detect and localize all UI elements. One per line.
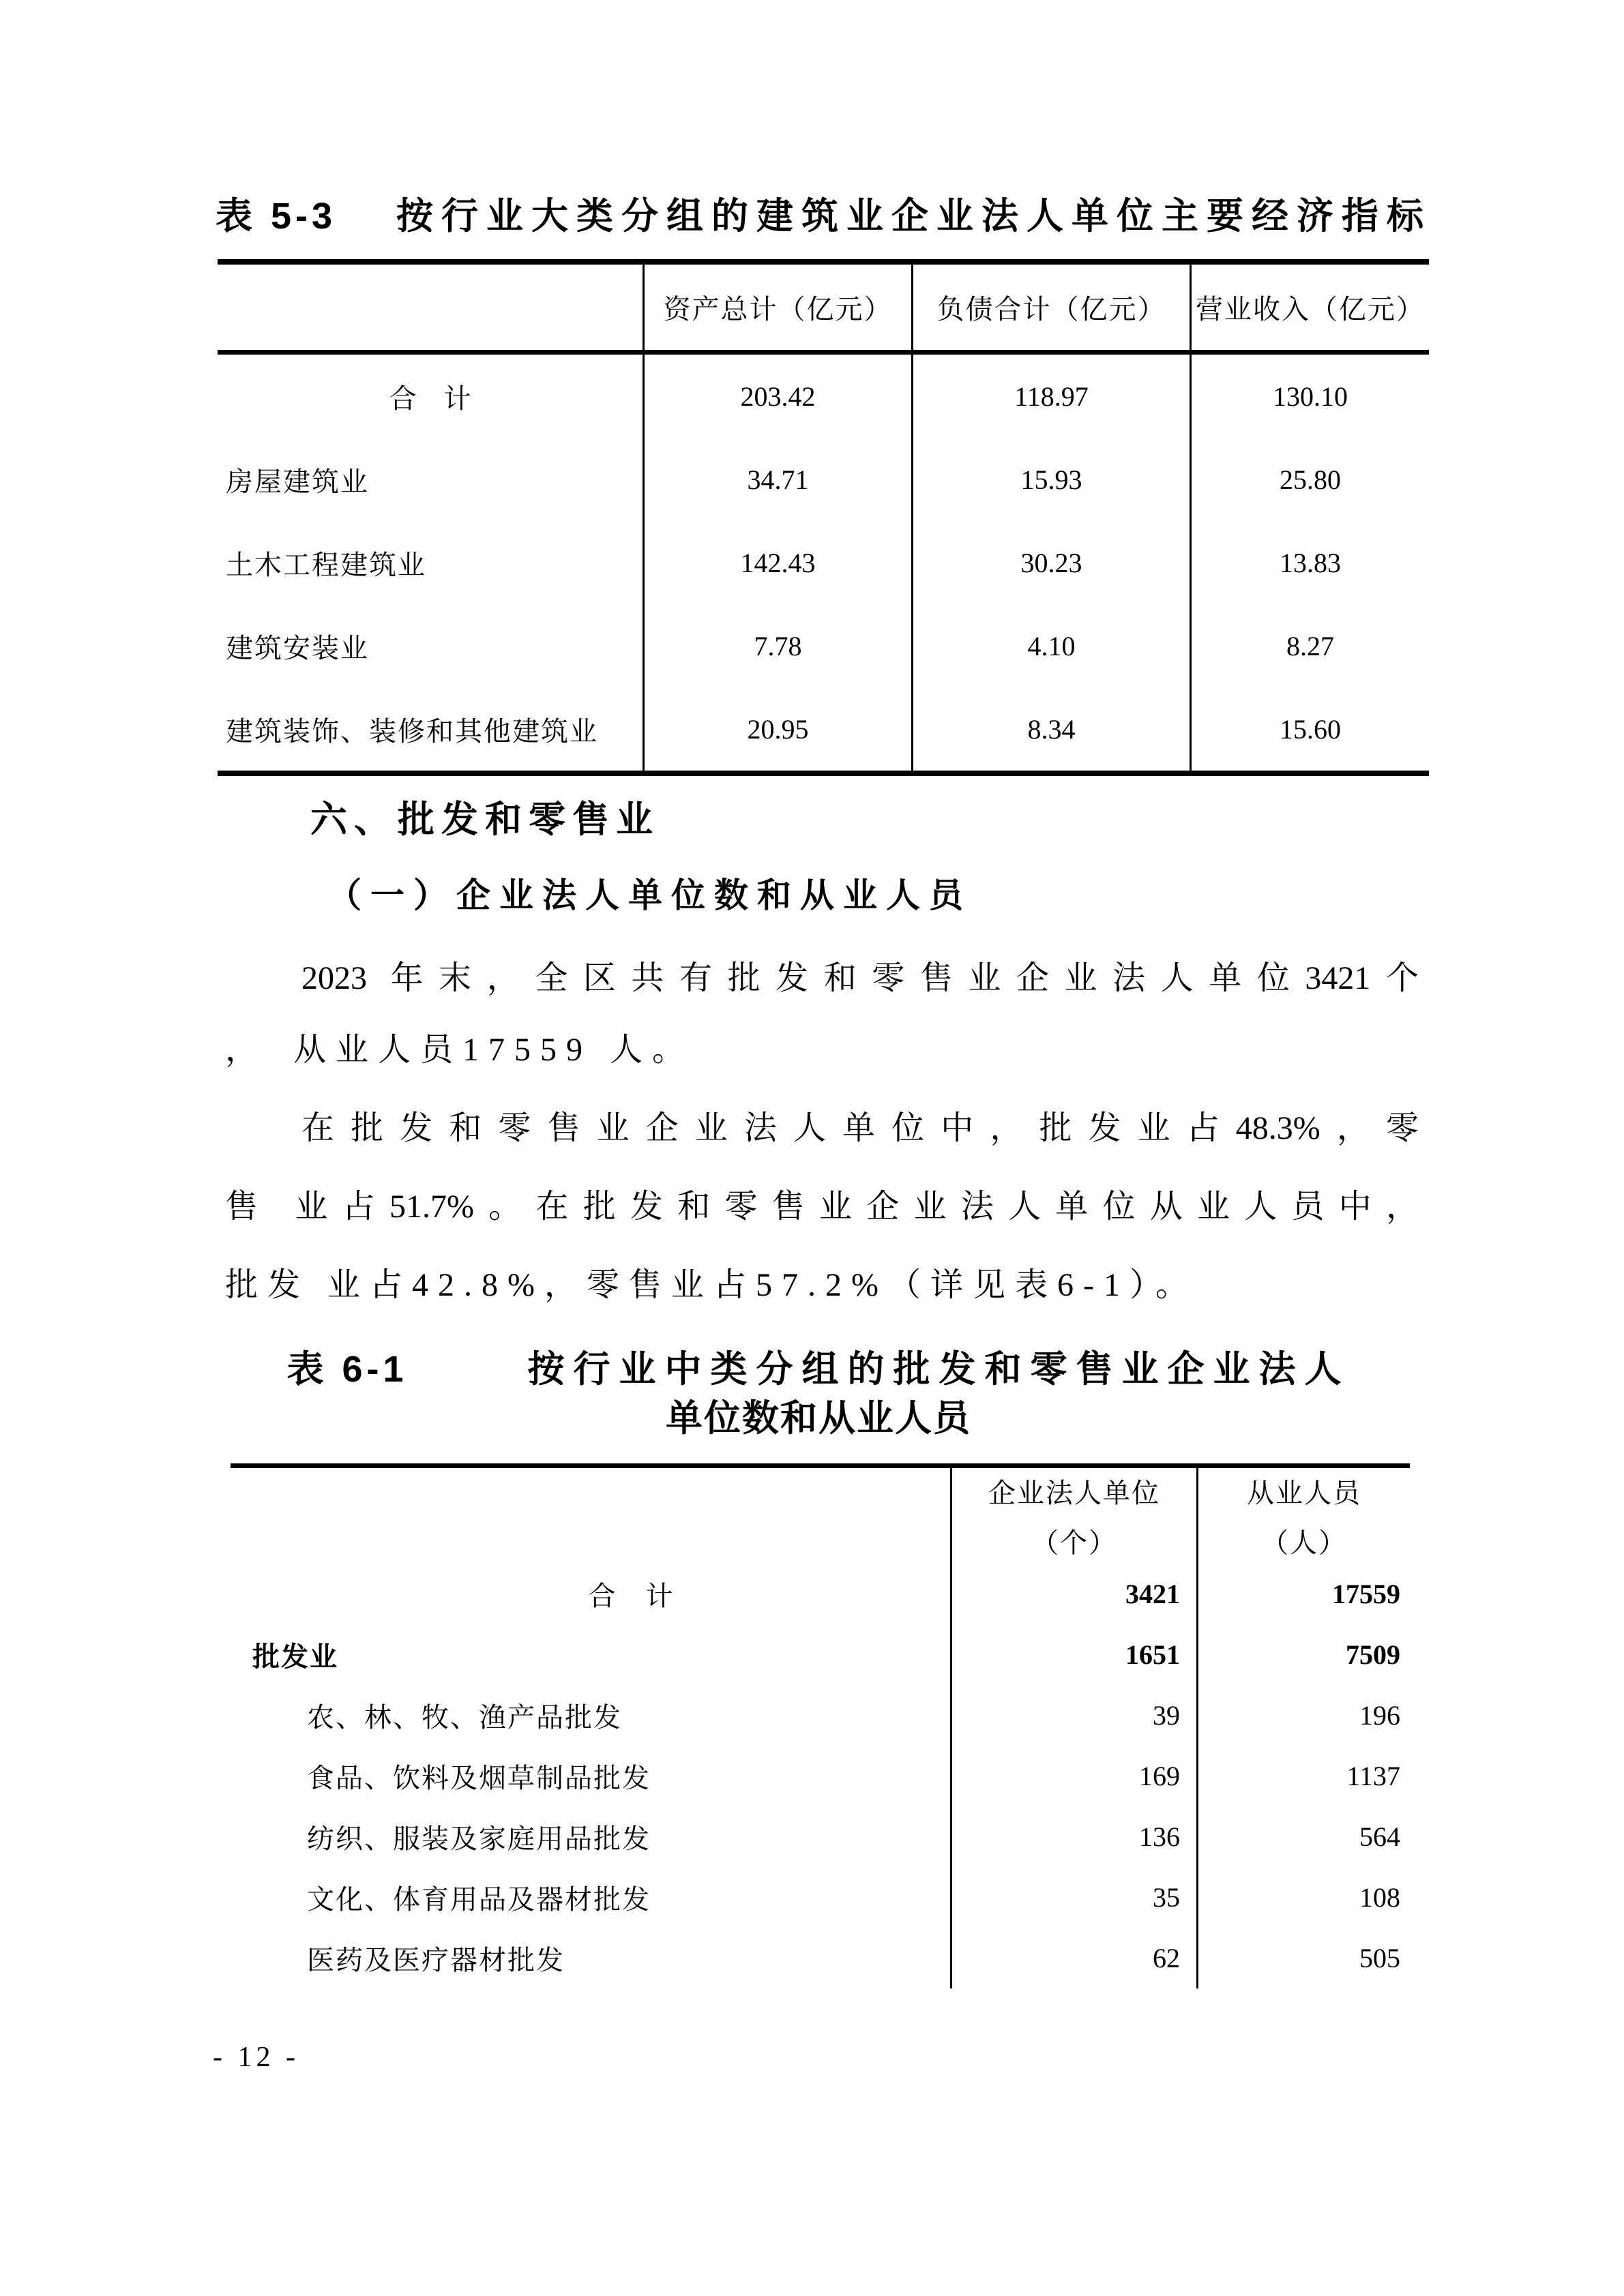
table61-header-employees: 从业人员 （人） [1196, 1468, 1410, 1564]
table-cell: 8.27 [1190, 604, 1429, 687]
table-cell: 505 [1196, 1928, 1410, 1988]
table-row-label: 合 计 [231, 1564, 950, 1624]
table-cell: 7509 [1196, 1624, 1410, 1685]
table-cell: 203.42 [643, 355, 911, 438]
table-row-label: 纺织、服装及家庭用品批发 [231, 1806, 950, 1867]
table61-title-text: 按行业中类分组的批发和零售业企业法人 [528, 1346, 1350, 1392]
table61-header-units-line2: （个） [1031, 1521, 1117, 1560]
paragraph-line: 在批发和零售业企业法人单位中，批发业占48.3%，零 [225, 1105, 1419, 1152]
table-cell: 25.80 [1190, 438, 1429, 521]
table-cell: 17559 [1196, 1564, 1410, 1624]
table53-header-assets: 资产总计（亿元） [643, 265, 911, 355]
table-cell: 118.97 [911, 355, 1190, 438]
table-cell: 130.10 [1190, 355, 1429, 438]
table53-header-revenue: 营业收入（亿元） [1190, 265, 1429, 355]
table61-header-employees-line2: （人） [1261, 1521, 1347, 1560]
table-row-label: 食品、饮料及烟草制品批发 [231, 1746, 950, 1806]
table-cell: 8.34 [911, 687, 1190, 771]
table-cell: 13.83 [1190, 521, 1429, 604]
table-cell: 1137 [1196, 1746, 1410, 1806]
table-cell: 15.60 [1190, 687, 1429, 771]
paragraph-line: ， 从业人员17559 人。 [225, 1026, 1419, 1074]
table-row-label: 合 计 [218, 355, 643, 438]
table-cell: 39 [950, 1685, 1196, 1746]
table-cell: 3421 [950, 1564, 1196, 1624]
table-5-3: 资产总计（亿元） 负债合计（亿元） 营业收入（亿元） 合 计 203.42 11… [218, 259, 1429, 776]
page-number: - 12 - [213, 2041, 299, 2074]
table-cell: 15.93 [911, 438, 1190, 521]
table-cell: 35 [950, 1867, 1196, 1928]
table-cell: 30.23 [911, 521, 1190, 604]
table-cell: 62 [950, 1928, 1196, 1988]
table-row-label: 建筑装饰、装修和其他建筑业 [218, 687, 643, 771]
table-row-label: 房屋建筑业 [218, 438, 643, 521]
table53-header-liabilities: 负债合计（亿元） [911, 265, 1190, 355]
table-cell: 136 [950, 1806, 1196, 1867]
table61-title-line2: 单位数和从业人员 [225, 1395, 1412, 1442]
table61-header-empty [231, 1468, 950, 1564]
table-cell: 196 [1196, 1685, 1410, 1746]
table-row-label: 农、林、牧、渔产品批发 [231, 1685, 950, 1746]
table61-header-employees-line1: 从业人员 [1247, 1472, 1361, 1510]
table-6-1: 企业法人单位 （个） 从业人员 （人） 合 计 3421 17559 批发业 1… [231, 1463, 1410, 1988]
table-cell: 142.43 [643, 521, 911, 604]
table-row-label: 医药及医疗器材批发 [231, 1928, 950, 1988]
table-cell: 34.71 [643, 438, 911, 521]
table61-title-label: 表 6-1 [286, 1346, 407, 1392]
table-row-label: 批发业 [231, 1624, 950, 1685]
table61-header-units-line1: 企业法人单位 [988, 1472, 1160, 1510]
paragraph-line: 批发 业占42.8%，零售业占57.2%（详见表6-1）。 [225, 1262, 1419, 1309]
table53-title: 表 5-3 按行业大类分组的建筑业企业法人单位主要经济指标 [218, 193, 1430, 239]
table53-header-empty [218, 265, 643, 355]
table-cell: 1651 [950, 1624, 1196, 1685]
table-row-label: 文化、体育用品及器材批发 [231, 1867, 950, 1928]
paragraph-line: 2023 年末，全区共有批发和零售业企业法人单位3421个 [225, 955, 1419, 1002]
document-page: 表 5-3 按行业大类分组的建筑业企业法人单位主要经济指标 资产总计（亿元） 负… [0, 0, 1624, 2296]
section-subheading: （一）企业法人单位数和从业人员 [327, 875, 972, 916]
table61-title: 表 6-1 按行业中类分组的批发和零售业企业法人 [225, 1346, 1412, 1392]
section-heading: 六、批发和零售业 [310, 796, 660, 843]
paragraph-line: 售 业占51.7%。在批发和零售业企业法人单位从业人员中， [225, 1183, 1419, 1231]
table-row-label: 土木工程建筑业 [218, 521, 643, 604]
table-cell: 169 [950, 1746, 1196, 1806]
table-cell: 7.78 [643, 604, 911, 687]
table53-title-text: 按行业大类分组的建筑业企业法人单位主要经济指标 [396, 193, 1432, 239]
table-cell: 20.95 [643, 687, 911, 771]
table-cell: 564 [1196, 1806, 1410, 1867]
table-row-label: 建筑安装业 [218, 604, 643, 687]
table61-header-units: 企业法人单位 （个） [950, 1468, 1196, 1564]
table-cell: 4.10 [911, 604, 1190, 687]
table-cell: 108 [1196, 1867, 1410, 1928]
table53-title-label: 表 5-3 [216, 193, 336, 239]
